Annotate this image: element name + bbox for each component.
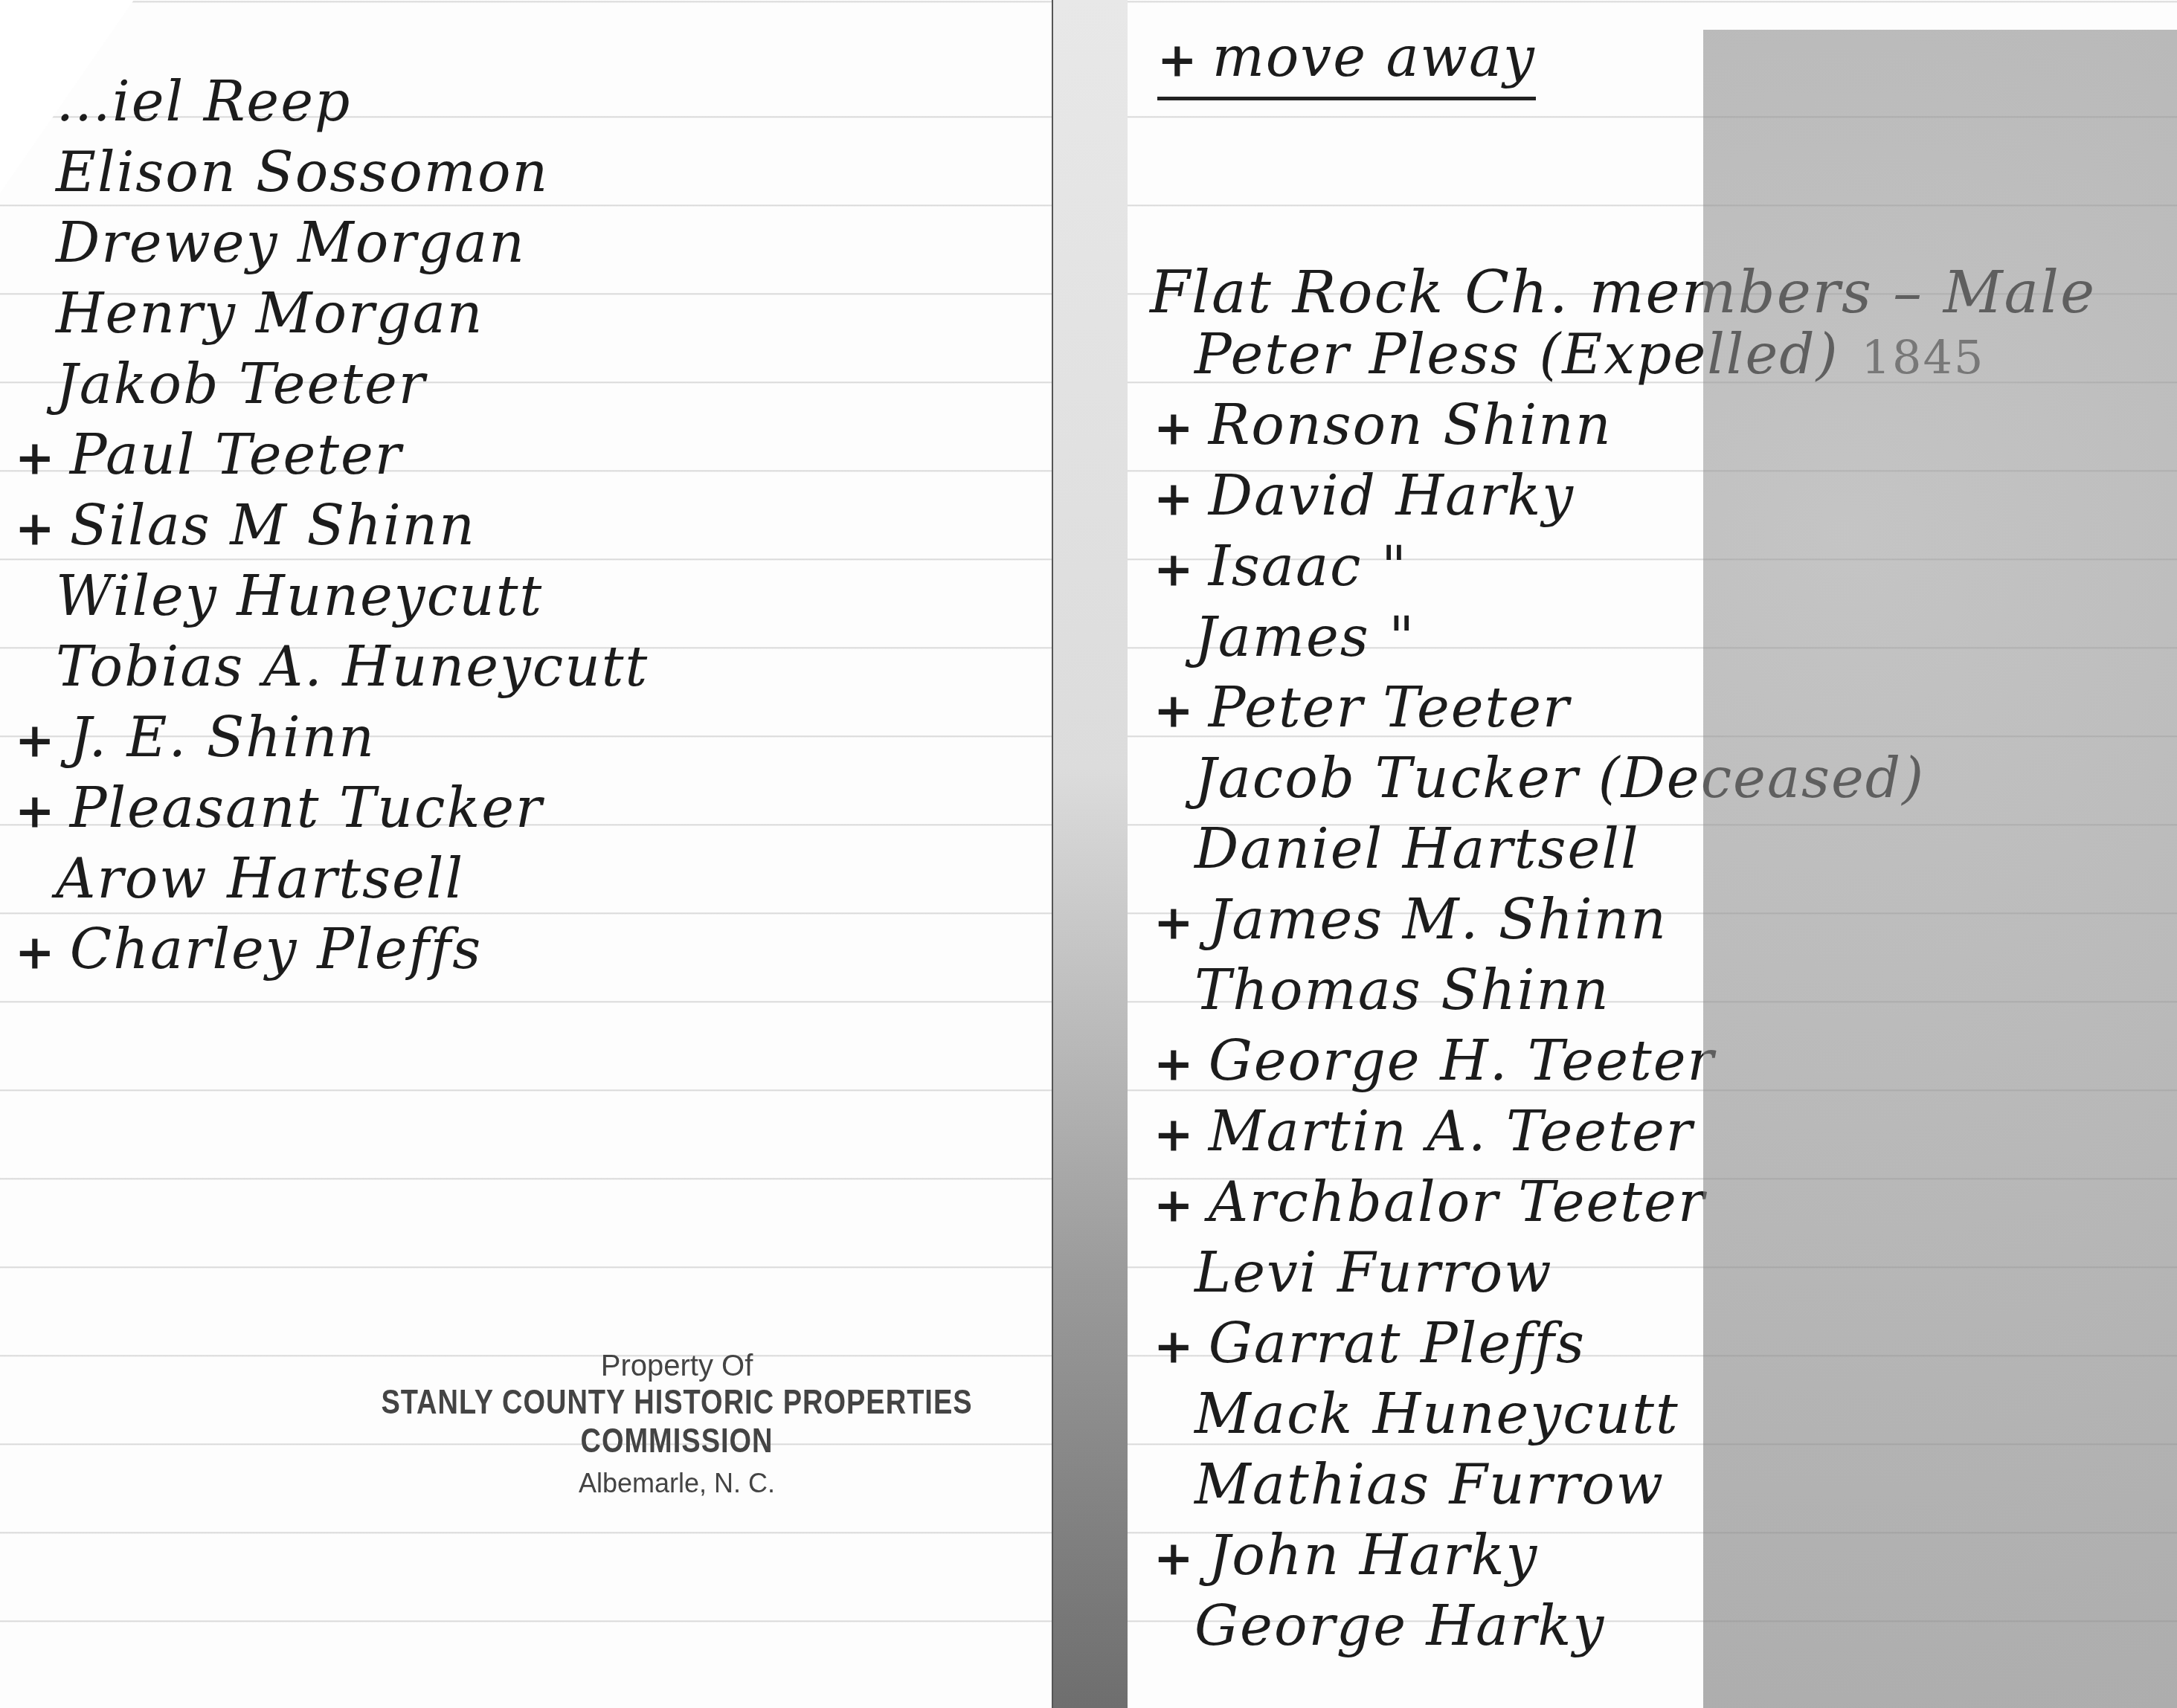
list-item: Mathias Furrow xyxy=(1194,1457,1665,1512)
plus-marker-icon: + xyxy=(1154,683,1195,738)
list-item: +J. E. Shinn xyxy=(15,710,376,765)
list-item: +James M. Shinn xyxy=(1154,892,1668,947)
entry-name: George H. Teeter xyxy=(1209,1029,1715,1093)
entry-name: Peter Teeter xyxy=(1209,676,1571,740)
entry-name: Jakob Teeter xyxy=(56,352,426,416)
list-item: Daniel Hartsell xyxy=(1194,822,1640,877)
ownership-stamp: Property Of STANLY COUNTY HISTORIC PROPE… xyxy=(335,1350,1019,1499)
scan-shading xyxy=(1703,30,2177,1708)
plus-marker-icon: + xyxy=(1154,400,1195,456)
legend-text: move away xyxy=(1212,25,1536,89)
list-item: Elison Sossomon xyxy=(56,145,549,200)
plus-marker-icon: + xyxy=(15,712,57,768)
entry-name: Charley Pleffs xyxy=(70,918,483,982)
entry-name: J. E. Shinn xyxy=(70,706,376,770)
entry-name: Paul Teeter xyxy=(70,423,403,487)
entry-name: Elison Sossomon xyxy=(56,141,549,204)
entry-name: Thomas Shinn xyxy=(1194,958,1610,1022)
entry-name: James M. Shinn xyxy=(1209,888,1668,952)
list-item: Thomas Shinn xyxy=(1194,963,1610,1018)
entry-name: John Harky xyxy=(1209,1524,1539,1588)
entry-name: Levi Furrow xyxy=(1194,1241,1553,1305)
entry-name: Ronson Shinn xyxy=(1209,393,1612,457)
legend-line: +move away xyxy=(1157,30,1536,85)
plus-marker-icon: + xyxy=(1154,895,1195,950)
list-item: +Paul Teeter xyxy=(15,428,402,483)
plus-marker-icon: + xyxy=(1154,1036,1195,1092)
stamp-line-1: Property Of xyxy=(335,1350,1019,1383)
entry-name: Martin A. Teeter xyxy=(1209,1100,1694,1164)
entry-name: Arow Hartsell xyxy=(56,847,464,911)
entry-name: Mack Huneycutt xyxy=(1194,1382,1679,1446)
entry-name: David Harky xyxy=(1209,464,1575,528)
plus-marker-icon: + xyxy=(1154,1530,1195,1586)
page-gutter xyxy=(1052,0,1131,1708)
list-item: George Harky xyxy=(1194,1599,1605,1654)
list-item: +Ronson Shinn xyxy=(1154,398,1612,453)
stamp-line-3: Albemarle, N. C. xyxy=(335,1468,1019,1499)
plus-marker-icon: + xyxy=(1154,1106,1195,1162)
list-item: +George H. Teeter xyxy=(1154,1034,1715,1089)
list-item: Henry Morgan xyxy=(56,286,484,341)
list-item: +Silas M Shinn xyxy=(15,498,476,553)
plus-marker-icon: + xyxy=(15,783,57,839)
list-item: Wiley Huneycutt xyxy=(56,569,543,624)
list-item: +Pleasant Tucker xyxy=(15,781,543,836)
entry-name: Garrat Pleffs xyxy=(1209,1312,1586,1376)
list-item: +Isaac " xyxy=(1154,539,1408,594)
list-item: Levi Furrow xyxy=(1194,1245,1553,1301)
entry-name: Mathias Furrow xyxy=(1194,1453,1665,1517)
plus-marker-icon: + xyxy=(15,924,57,980)
list-item: Mack Huneycutt xyxy=(1194,1387,1679,1442)
entry-name: Isaac " xyxy=(1209,535,1408,599)
stamp-line-2: STANLY COUNTY HISTORIC PROPERTIES COMMIS… xyxy=(335,1384,1019,1460)
entry-name: George Harky xyxy=(1194,1594,1605,1658)
list-item: +Garrat Pleffs xyxy=(1154,1316,1586,1371)
plus-marker-icon: + xyxy=(15,430,57,486)
entry-name: Daniel Hartsell xyxy=(1194,817,1640,881)
list-item: Arow Hartsell xyxy=(56,851,464,906)
entry-name: James " xyxy=(1194,605,1415,669)
entry-name: Pleasant Tucker xyxy=(70,776,544,840)
list-item: Tobias A. Huneycutt xyxy=(56,639,649,695)
plus-marker-icon: + xyxy=(1154,471,1195,526)
plus-marker-icon: + xyxy=(15,500,57,556)
list-item: James " xyxy=(1194,610,1415,665)
list-item: …iel Reep xyxy=(56,74,351,129)
plus-marker-icon: + xyxy=(1154,1318,1195,1374)
entry-name: Drewey Morgan xyxy=(56,211,526,275)
list-item: +David Harky xyxy=(1154,468,1575,523)
entry-name: Henry Morgan xyxy=(56,282,484,346)
entry-name: Wiley Huneycutt xyxy=(56,564,543,628)
list-item: Drewey Morgan xyxy=(56,216,526,271)
plus-marker-icon: + xyxy=(1157,32,1199,88)
plus-marker-icon: + xyxy=(1154,1177,1195,1233)
list-item: +John Harky xyxy=(1154,1528,1538,1583)
list-item: +Charley Pleffs xyxy=(15,922,482,977)
entry-name: Silas M Shinn xyxy=(70,494,476,558)
entry-name: Archbalor Teeter xyxy=(1209,1170,1706,1234)
list-item: Jakob Teeter xyxy=(56,357,426,412)
entry-name: Tobias A. Huneycutt xyxy=(56,635,649,699)
list-item: +Peter Teeter xyxy=(1154,680,1570,735)
plus-marker-icon: + xyxy=(1154,541,1195,597)
list-item: +Martin A. Teeter xyxy=(1154,1104,1694,1159)
list-item: +Archbalor Teeter xyxy=(1154,1175,1705,1230)
entry-name: …iel Reep xyxy=(56,70,351,134)
left-page: …iel ReepElison SossomonDrewey MorganHen… xyxy=(0,0,1052,1708)
